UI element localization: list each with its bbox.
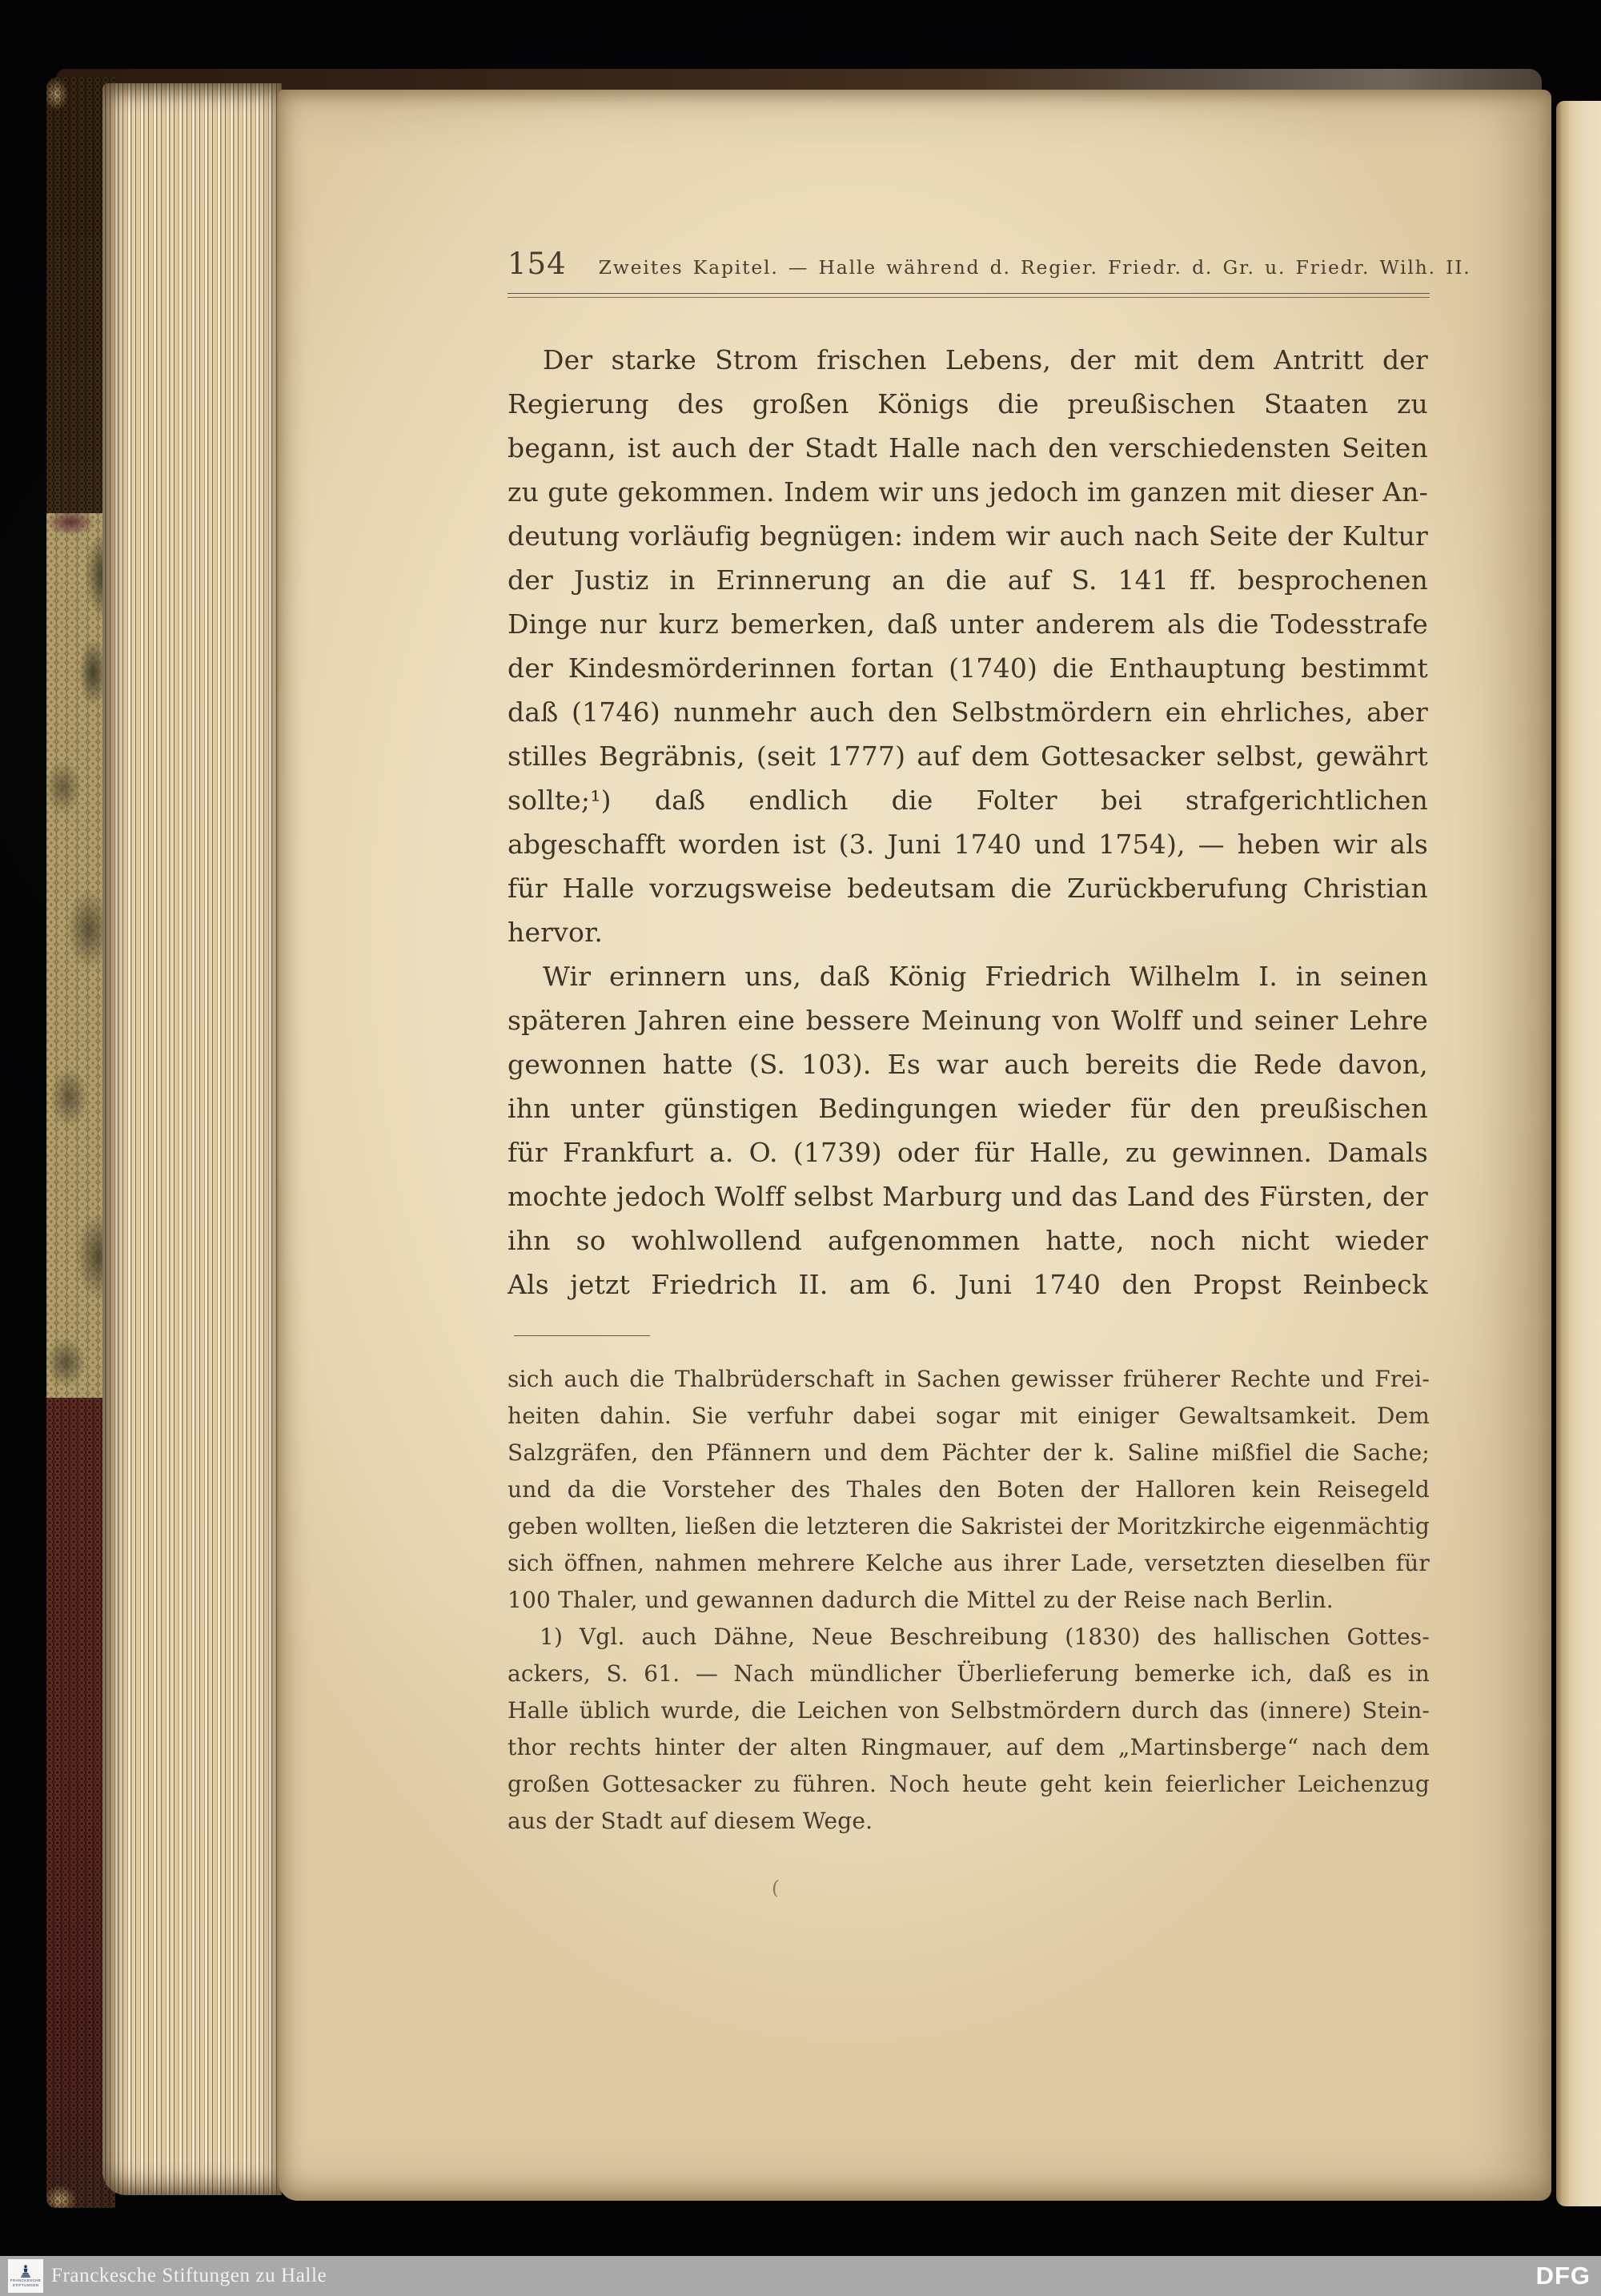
body-text-line: Als jetzt Friedrich II. am 6. Juni 1740 … — [508, 1262, 1428, 1307]
facing-page-edge — [1556, 101, 1601, 2206]
footnote-text-line: Salzgräfen, den Pfännern und dem Pächter… — [508, 1435, 1430, 1471]
body-text-line: Regierung des großen Königs die preußisc… — [508, 382, 1428, 426]
footnote-text-line: großen Gottesacker zu führen. Noch heute… — [508, 1766, 1430, 1803]
body-text-line: abgeschafft worden ist (3. Juni 1740 und… — [508, 822, 1428, 866]
institution-label: Franckesche Stiftungen zu Halle — [51, 2256, 327, 2296]
dfg-logo: DFG — [1536, 2256, 1591, 2296]
footnote-text-line: 100 Thaler, und gewannen dadurch die Mit… — [508, 1582, 1430, 1619]
franckesche-stiftungen-logo: FRANCKESCHE STIFTUNGEN — [8, 2259, 43, 2293]
body-text-line: Dinge nur kurz bemerken, daß unter ander… — [508, 602, 1428, 646]
footnote-text-line: sich auch die Thalbrüderschaft in Sachen… — [508, 1361, 1430, 1398]
body-text-line: späteren Jahren eine bessere Meinung von… — [508, 998, 1428, 1042]
page-header: 154 Zweites Kapitel. — Halle während d. … — [508, 247, 1430, 285]
header-rule — [508, 293, 1430, 298]
logo-text-line2: STIFTUNGEN — [13, 2283, 39, 2287]
body-text-line: ihn unter günstigen Bedingungen wieder f… — [508, 1086, 1428, 1130]
body-text-line: stilles Begräbnis, (seit 1777) auf dem G… — [508, 734, 1428, 778]
page-stack-edges — [102, 83, 282, 2195]
ink-speck: ( — [771, 1877, 780, 1900]
footnote-text-line: ackers, S. 61. — Nach mündlicher Überlie… — [508, 1656, 1430, 1692]
body-text-line: der Justiz in Erinnerung an die auf S. 1… — [508, 558, 1428, 602]
body-text-line: Wir erinnern uns, daß König Friedrich Wi… — [508, 954, 1428, 998]
body-text-line: sollte;¹) daß endlich die Folter bei str… — [508, 778, 1428, 822]
footnote-separator-rule — [514, 1335, 650, 1336]
footnote-text-line: 1) Vgl. auch Dähne, Neue Beschreibung (1… — [508, 1619, 1430, 1656]
body-text-line: gewonnen hatte (S. 103). Es war auch ber… — [508, 1042, 1428, 1086]
footnote-text-line: aus der Stadt auf diesem Wege. — [508, 1803, 1430, 1840]
body-text-line: hervor. — [508, 910, 1428, 954]
body-text-line: mochte jedoch Wolff selbst Marburg und d… — [508, 1174, 1428, 1218]
franckesche-emblem-icon — [20, 2265, 31, 2278]
footnote-text-line: und da die Vorsteher des Thales den Bote… — [508, 1471, 1430, 1508]
footnote-text-line: Halle üblich wurde, die Leichen von Selb… — [508, 1692, 1430, 1729]
footnote-block: sich auch die Thalbrüderschaft in Sachen… — [508, 1361, 1430, 1840]
logo-text-line1: FRANCKESCHE — [10, 2278, 41, 2282]
footnote-text-line: sich öffnen, nahmen mehrere Kelche aus i… — [508, 1545, 1430, 1582]
footnote-text-line: geben wollten, ließen die letzteren die … — [508, 1508, 1430, 1545]
footnote-text-line: thor rechts hinter der alten Ringmauer, … — [508, 1729, 1430, 1766]
body-text-line: zu gute gekommen. Indem wir uns jedoch i… — [508, 470, 1428, 514]
body-text-line: für Halle vorzugsweise bedeutsam die Zur… — [508, 866, 1428, 910]
body-text-line: begann, ist auch der Stadt Halle nach de… — [508, 426, 1428, 470]
body-text-line: Der starke Strom frischen Lebens, der mi… — [508, 338, 1428, 382]
scanned-book-page: { "colors": { "background": "#060607", "… — [0, 0, 1601, 2296]
body-text-line: für Frankfurt a. O. (1739) oder für Hall… — [508, 1130, 1428, 1174]
body-text-line: der Kindesmörderinnen fortan (1740) die … — [508, 646, 1428, 690]
body-text-line: daß (1746) nunmehr auch den Selbstmörder… — [508, 690, 1428, 734]
provider-footer-bar: FRANCKESCHE STIFTUNGEN Franckesche Stift… — [0, 2256, 1601, 2296]
page-number: 154 — [508, 247, 567, 281]
body-text-block: Der starke Strom frischen Lebens, der mi… — [508, 338, 1428, 1307]
body-text-line: ihn so wohlwollend aufgenommen hatte, no… — [508, 1218, 1428, 1262]
running-title: Zweites Kapitel. — Halle während d. Regi… — [599, 256, 1471, 279]
body-text-line: deutung vorläufig begnügen: indem wir au… — [508, 514, 1428, 558]
book-page: 154 Zweites Kapitel. — Halle während d. … — [279, 90, 1551, 2201]
footnote-text-line: heiten dahin. Sie verfuhr dabei sogar mi… — [508, 1398, 1430, 1435]
